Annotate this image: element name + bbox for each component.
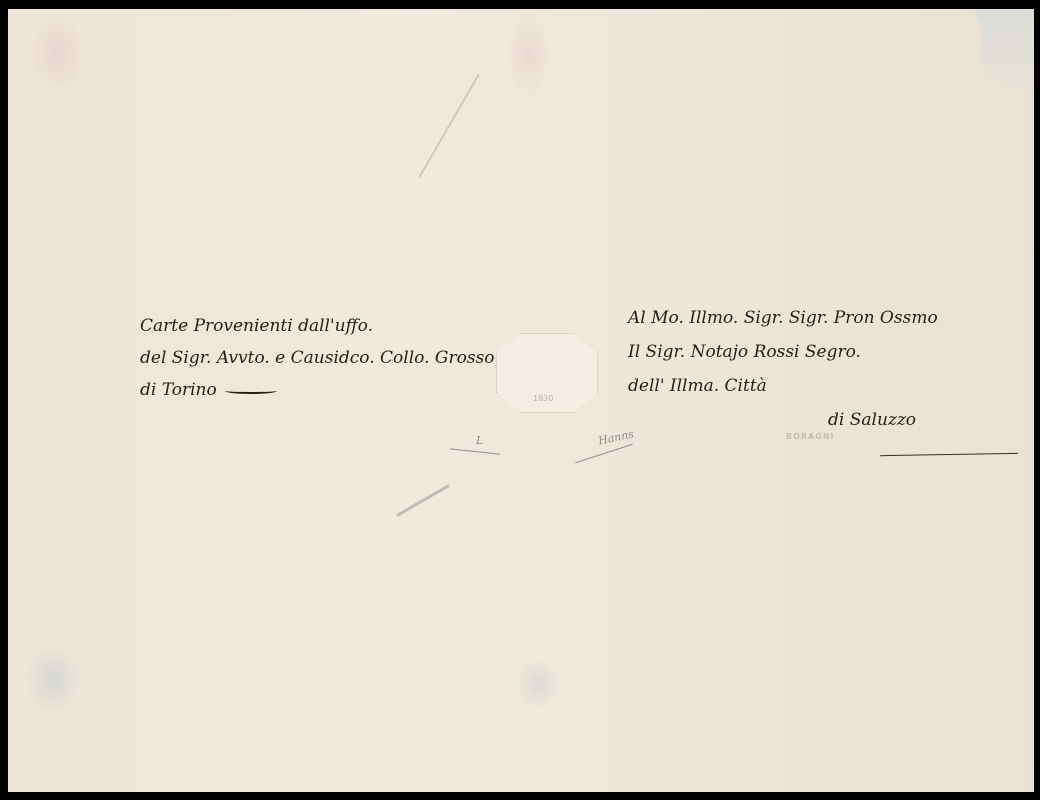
address-block: Al Mo. Illmo. Sigr. Sigr. Pron Ossmo Il … [628,310,938,446]
faint-stamp: BORAGNI [786,432,835,441]
paper-crease [418,74,480,179]
letter-paper: Carte Provenienti dall'uffo. del Sigr. A… [8,9,1034,792]
address-line: Il Sigr. Notajo Rossi Segro. [628,344,938,378]
flourish [225,388,277,394]
pencil-stroke [450,448,500,454]
address-underline [880,453,1018,456]
embossed-seal: 1830 [496,333,598,413]
address-line: Al Mo. Illmo. Sigr. Sigr. Pron Ossmo [628,310,938,344]
sender-note-line: di Torino [140,382,495,414]
pencil-mark: L [476,434,483,447]
address-line: dell' Illma. Città [628,378,938,412]
torn-corner [974,9,1034,89]
sender-note-line: Carte Provenienti dall'uffo. [140,318,495,350]
address-city: di Saluzzo [628,412,938,446]
seal-year: 1830 [533,394,553,403]
sender-note-line: del Sigr. Avvto. e Causidco. Collo. Gros… [140,350,495,382]
pencil-stroke [396,484,449,517]
sender-note: Carte Provenienti dall'uffo. del Sigr. A… [140,318,495,414]
